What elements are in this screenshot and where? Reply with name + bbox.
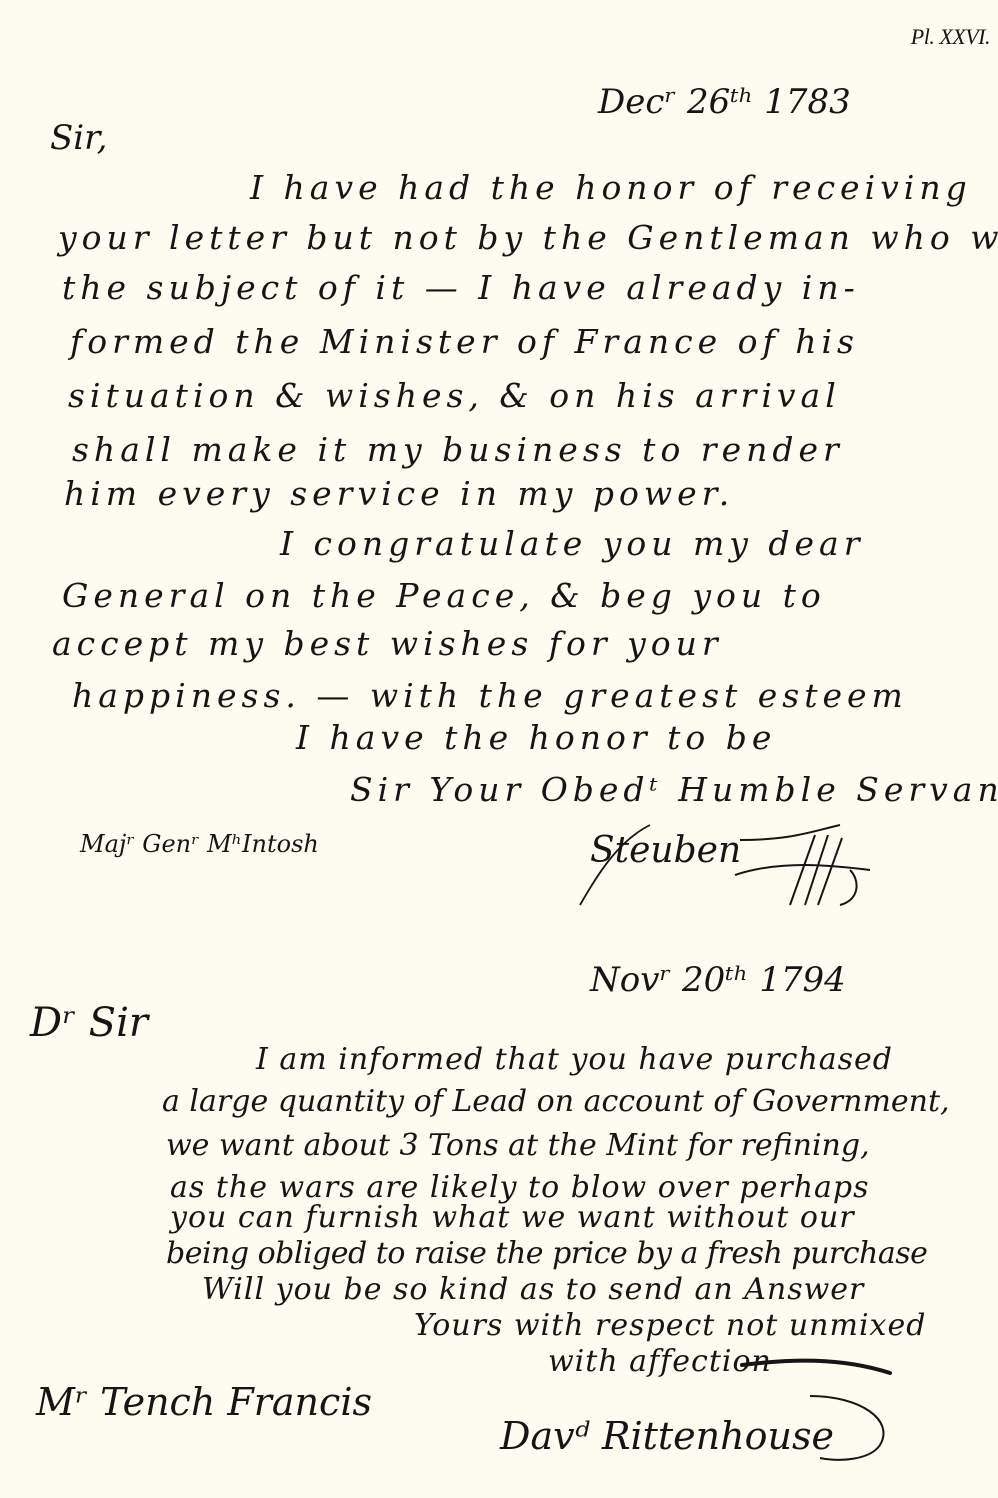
letter-2-line: Yours with respect not unmixed (414, 1308, 926, 1343)
letter-1-line: Sir Your Obedᵗ Humble Servant (350, 770, 998, 809)
letter-2-signature: Davᵈ Rittenhouse (500, 1414, 834, 1458)
letter-2-line: I am informed that you have purchased (256, 1042, 893, 1077)
letter-1-line: the subject of it — I have already in- (62, 268, 860, 307)
letter-2-line: being obliged to raise the price by a fr… (166, 1236, 927, 1271)
letter-1-line: I congratulate you my dear (280, 524, 865, 563)
letter-2-line: with affection (548, 1344, 772, 1379)
letter-1-salutation: Sir, (50, 118, 108, 158)
letter-1-date: Decʳ 26ᵗʰ 1783 (598, 82, 851, 122)
letter-2-date: Novʳ 20ᵗʰ 1794 (590, 960, 846, 1000)
letter-1-line: General on the Peace, & beg you to (62, 576, 826, 615)
letter-1-line: happiness. — with the greatest esteem (72, 676, 908, 715)
letter-1-line: formed the Minister of France of his (70, 322, 859, 361)
letter-1-addressee: Majʳ Genʳ MʰIntosh (80, 830, 319, 858)
plate-label: Pl. XXVI. (911, 24, 990, 50)
letter-1-signature: Steuben (590, 830, 741, 871)
letter-1-line: your letter but not by the Gentleman who… (58, 218, 998, 257)
letter-2-salutation: Dʳ Sir (30, 1000, 148, 1046)
letter-1-line: him every service in my power. (64, 474, 734, 513)
letter-1-line: I have had the honor of receiving (250, 168, 972, 207)
letter-2-line: you can furnish what we want without our (170, 1200, 855, 1235)
letter-2-line: Will you be so kind as to send an Answer (202, 1272, 864, 1307)
letter-2-addressee: Mʳ Tench Francis (36, 1380, 372, 1424)
letter-1-line: shall make it my business to render (72, 430, 844, 469)
letter-1-line: accept my best wishes for your (52, 624, 723, 663)
letter-1-line: I have the honor to be (296, 718, 776, 757)
letter-2-line: we want about 3 Tons at the Mint for ref… (166, 1128, 870, 1163)
letter-1-line: situation & wishes, & on his arrival (68, 376, 841, 415)
letter-2-line: a large quantity of Lead on account of G… (162, 1084, 950, 1119)
